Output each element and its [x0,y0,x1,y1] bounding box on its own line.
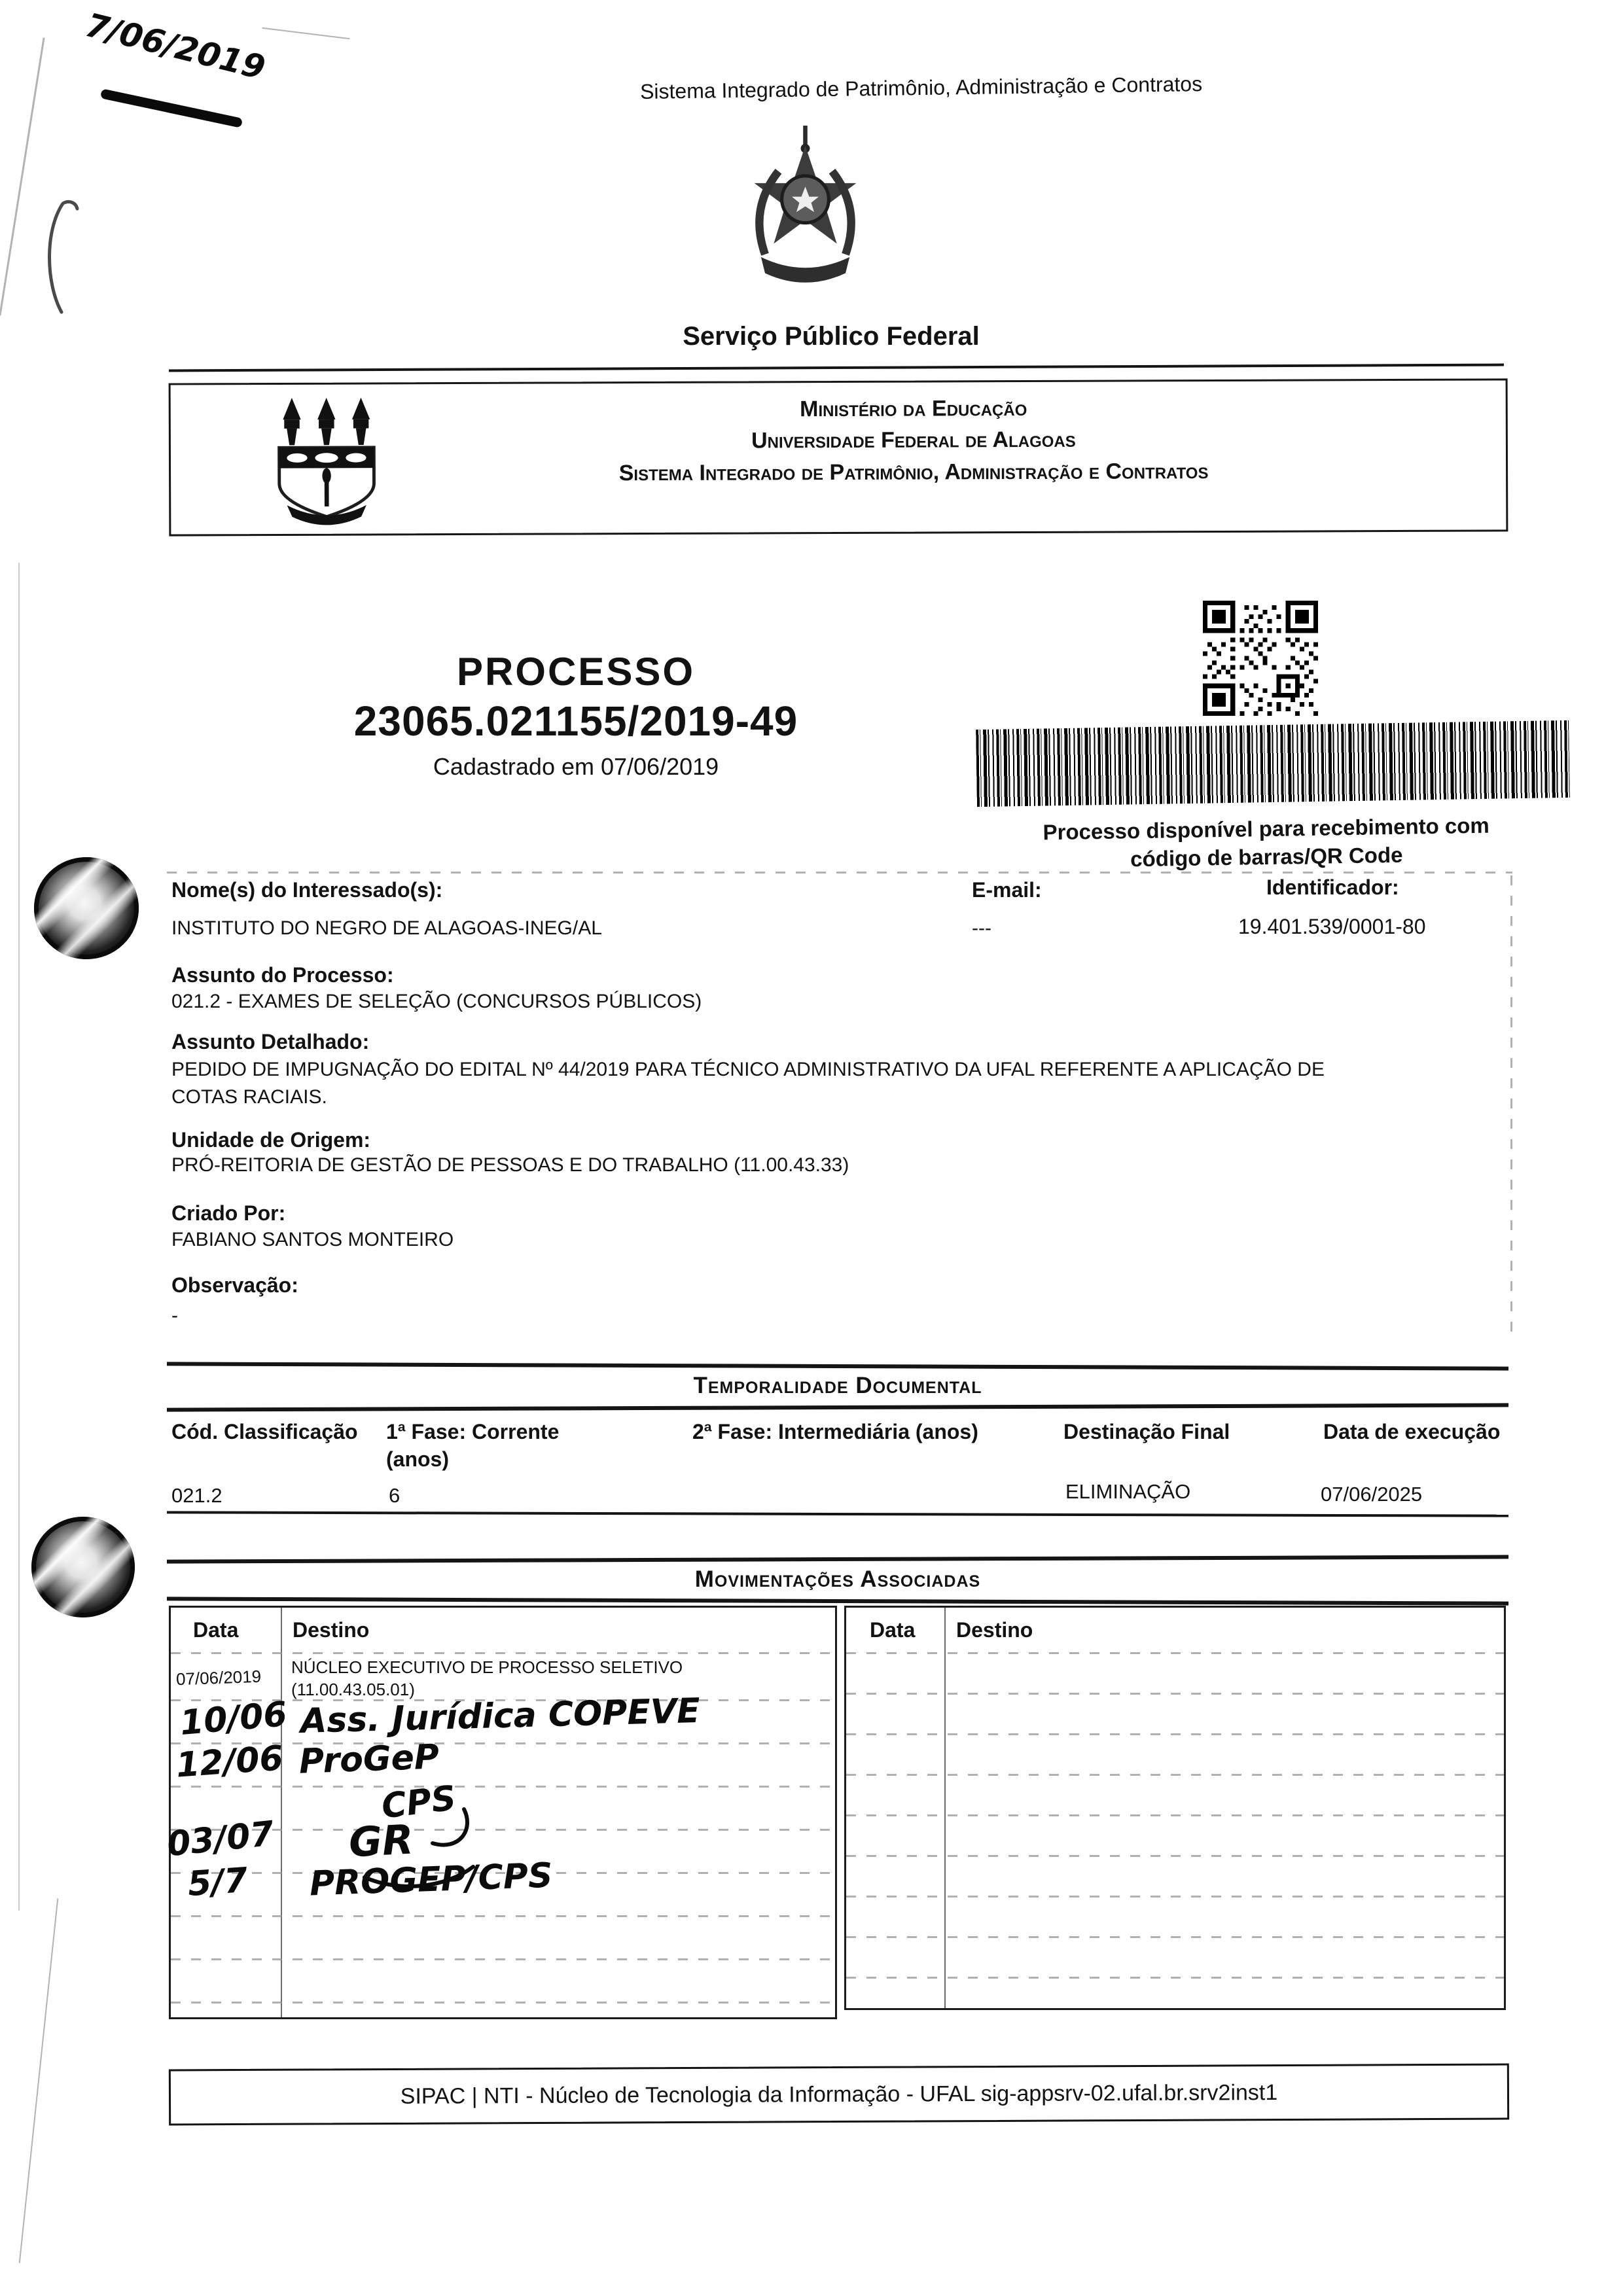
processo-block: PROCESSO 23065.021155/2019-49 Cadastrado… [275,649,877,781]
heavy-rule [167,1511,1508,1517]
row-separator [846,1652,1504,1654]
heavy-rule [167,1362,1508,1370]
paper-crease [19,1898,59,2263]
processo-title: PROCESSO [275,649,877,694]
heavy-rule [167,1597,1508,1605]
unidade-origem-value: PRÓ-REITORIA DE GESTÃO DE PESSOAS E DO T… [171,1154,849,1176]
row-separator [846,1774,1504,1776]
assunto-value: 021.2 - EXAMES DE SELEÇÃO (CONCURSOS PÚB… [171,991,702,1013]
pen-mark [41,200,82,317]
destino-column-header: Destino [956,1617,1033,1644]
temporalidade-cell-cod: 021.2 [171,1484,223,1508]
row-separator [846,1855,1504,1857]
temporalidade-title: Temporalidade Documental [167,1373,1508,1399]
movimentacoes-table-left: Data Destino 07/06/2019 NÚCLEO EXECUTIVO… [169,1606,837,2019]
ministry-line-2: Universidade Federal de Alagoas [367,423,1460,458]
identificador-value: 19.401.539/0001-80 [1238,915,1425,939]
system-header-title: Sistema Integrado de Patrimônio, Adminis… [640,72,1203,104]
row-separator [171,1915,835,1917]
heavy-rule [167,1555,1508,1563]
identificador-label: Identificador: [1266,875,1399,900]
paper-edge-line [18,563,20,1911]
row-separator [171,1652,835,1654]
handwritten-destino: PROGEP/CPS [309,1856,553,1904]
scanned-process-cover-page: 7/06/2019 Sistema Integrado de Patrimôni… [0,0,1623,2296]
ministry-title-lines: Ministério da Educação Universidade Fede… [367,391,1460,490]
qr-code [1203,601,1318,716]
row-separator [846,1896,1504,1898]
handwritten-date: 03/07 [165,1814,276,1865]
processo-registered-date: Cadastrado em 07/06/2019 [275,753,877,781]
handwritten-date: 12/06 [175,1739,285,1785]
ministry-line-1: Ministério da Educação [367,391,1460,427]
ministry-header-box: Ministério da Educação Universidade Fede… [169,378,1508,536]
destino-column-header: Destino [293,1617,369,1644]
binder-grommet [31,1517,135,1617]
handwritten-date: 5/7 [187,1861,249,1904]
row-separator [171,1958,835,1960]
movement-destino-line1: NÚCLEO EXECUTIVO DE PROCESSO SELETIVO [291,1657,683,1678]
row-separator [846,1977,1504,1979]
observacao-value: - [171,1305,178,1327]
assunto-detalhado-value: PEDIDO DE IMPUGNAÇÃO DO EDITAL Nº 44/201… [171,1056,1389,1111]
temporalidade-header-cod: Cód. Classificação [171,1419,368,1446]
temporalidade-cell-destinacao: ELIMINAÇÃO [1065,1480,1190,1504]
ministry-line-3: Sistema Integrado de Patrimônio, Adminis… [367,454,1460,489]
temporalidade-header-data-execucao: Data de execução [1323,1419,1507,1446]
movement-destino-line2: (11.00.43.05.01) [291,1680,415,1700]
assunto-label: Assunto do Processo: [171,963,394,987]
pen-underline-stroke [100,88,243,128]
temporalidade-header-destinacao: Destinação Final [1063,1419,1240,1446]
temporalidade-header-fase1: 1ª Fase: Corrente (anos) [386,1419,609,1473]
handwritten-destino: ProGeP [298,1737,440,1781]
movement-date: 07/06/2019 [175,1667,261,1690]
email-value: --- [972,917,991,940]
row-separator [171,2002,835,2004]
service-title: Serviço Público Federal [589,322,1073,351]
temporalidade-cell-fase1: 6 [389,1484,400,1508]
data-column-header: Data [193,1617,238,1644]
handwritten-date: 10/06 [179,1695,289,1743]
section-divider [1510,875,1512,1337]
section-divider [167,872,1512,874]
temporalidade-header-fase2: 2ª Fase: Intermediária (anos) [692,1419,980,1446]
movimentacoes-table-right: Data Destino [844,1606,1506,2010]
row-separator [171,1786,835,1788]
footer-system-info: SIPAC | NTI - Núcleo de Tecnologia da In… [401,2080,1278,2110]
paper-crease [262,27,349,39]
column-divider [944,1608,946,2008]
row-separator [846,1693,1504,1695]
criado-por-value: FABIANO SANTOS MONTEIRO [171,1229,454,1251]
observacao-label: Observação: [171,1273,298,1298]
binder-grommet [34,857,139,959]
brazil-coat-of-arms-icon [738,123,872,292]
barcode-caption: Processo disponível para recebimento com… [952,810,1580,876]
paper-crease [0,37,45,315]
processo-number: 23065.021155/2019-49 [275,697,877,745]
assunto-detalhado-label: Assunto Detalhado: [171,1030,369,1054]
movimentacoes-title: Movimentações Associadas [167,1566,1508,1593]
unidade-origem-label: Unidade de Origem: [171,1128,370,1152]
criado-por-label: Criado Por: [171,1201,285,1226]
interessado-value: INSTITUTO DO NEGRO DE ALAGOAS-INEG/AL [171,917,602,940]
row-separator [846,1936,1504,1938]
heavy-rule [167,1403,1508,1411]
handwritten-scan-date: 7/06/2019 [82,6,269,87]
data-column-header: Data [870,1617,915,1644]
interessado-label: Nome(s) do Interessado(s): [171,878,442,902]
email-label: E-mail: [972,878,1042,902]
row-separator [846,1814,1504,1816]
barcode [976,720,1570,807]
temporalidade-cell-data-execucao: 07/06/2025 [1321,1483,1422,1506]
horizontal-rule [169,364,1504,372]
footer-box: SIPAC | NTI - Núcleo de Tecnologia da In… [169,2064,1509,2126]
column-divider [281,1608,282,2017]
row-separator [846,1733,1504,1735]
